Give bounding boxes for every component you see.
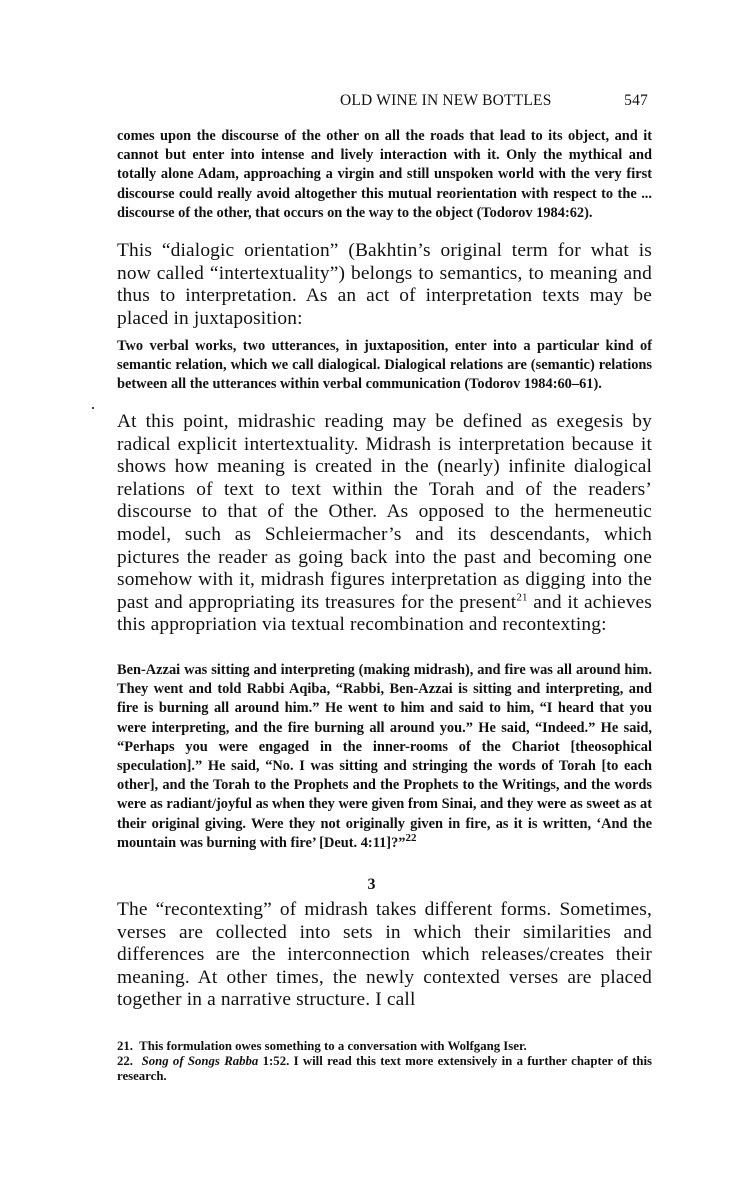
- margin-mark: [92, 407, 94, 409]
- footnote-number: 22.: [117, 1054, 133, 1068]
- block-quote-todorov-1: comes upon the discourse of the other on…: [117, 127, 652, 223]
- block-quote-ben-azzai: Ben-Azzai was sitting and interpreting (…: [117, 661, 652, 853]
- footnote-title: Song of Songs Rabba: [142, 1054, 259, 1068]
- section-number: 3: [0, 876, 743, 894]
- paragraph-text: This “dialogic orientation” (Bakhtin’s o…: [117, 240, 652, 330]
- extract-text: comes upon the discourse of the other on…: [117, 127, 652, 223]
- paragraph-recontexting: The “recontexting” of midrash takes diff…: [117, 899, 652, 1012]
- footnotes: 21. This formulation owes something to a…: [117, 1039, 652, 1085]
- footnote-ref-22[interactable]: 22: [406, 832, 417, 844]
- footnote-ref-21[interactable]: 21: [516, 591, 527, 603]
- footnote-text: This formulation owes something to a con…: [139, 1039, 526, 1053]
- paragraph-text: The “recontexting” of midrash takes diff…: [117, 899, 652, 1012]
- paragraph-midrashic-reading: At this point, midrashic reading may be …: [117, 411, 652, 637]
- extract-text: Ben-Azzai was sitting and interpreting (…: [117, 661, 652, 853]
- block-quote-todorov-2: Two verbal works, two utterances, in jux…: [117, 337, 652, 395]
- footnote-21: 21. This formulation owes something to a…: [117, 1039, 652, 1054]
- footnote-22: 22. Song of Songs Rabba 1:52. I will rea…: [117, 1054, 652, 1084]
- footnote-number: 21.: [117, 1039, 133, 1053]
- paragraph-dialogic-orientation: This “dialogic orientation” (Bakhtin’s o…: [117, 240, 652, 330]
- page-number: 547: [624, 92, 648, 110]
- paragraph-text: At this point, midrashic reading may be …: [117, 411, 652, 637]
- extract-text: Two verbal works, two utterances, in jux…: [117, 337, 652, 395]
- running-title: OLD WINE IN NEW BOTTLES: [340, 92, 552, 110]
